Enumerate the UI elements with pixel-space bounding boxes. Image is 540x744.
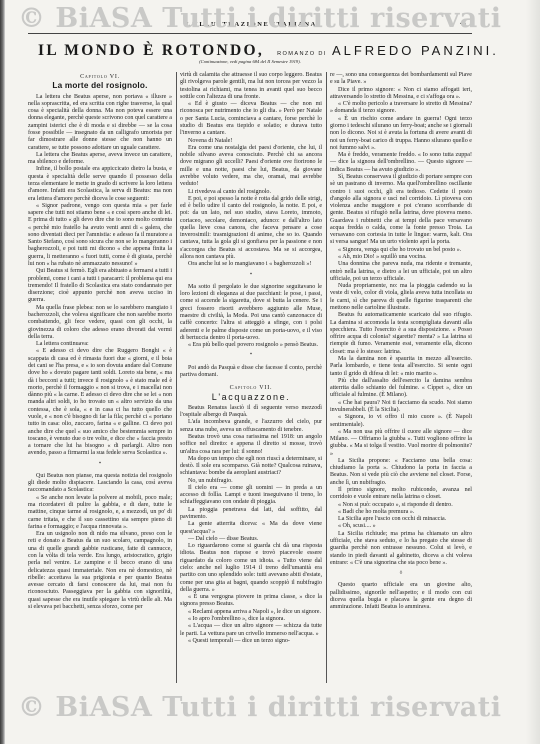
novel-title: IL MONDO È ROTONDO, (38, 42, 264, 59)
paragraph: « E adesso ci devo dire che Ruggero Bong… (28, 348, 172, 457)
section-separator: * (180, 272, 322, 279)
chapter-title: L'acquazzone. (180, 394, 322, 401)
paragraph: virtù di calamita che attraesse il suo c… (180, 72, 322, 101)
paragraph: Beatus fu automaticamente scaricato dal … (330, 312, 472, 356)
publication-title: L'ILLUSTRAZIONE ITALIANA (186, 21, 317, 28)
paragraph: « L'acqua — dice un altro signore — schi… (180, 623, 322, 638)
paragraph: « Se anche non levate la polvere ai mobi… (28, 495, 172, 531)
paragraph: L'afa incombeva grande, e l'azzurro del … (180, 419, 322, 434)
paragraph: « C'è molto pericolo a traversare lo str… (330, 101, 472, 116)
paragraph: « Signora, venga qui che ho trovato un b… (330, 247, 472, 254)
paragraph: E poi, e poi spesso la notte è rotta dal… (180, 196, 322, 262)
paragraph: Nuda propriamente, no: ma la pioggia cad… (330, 283, 472, 312)
paragraph: Novena di Natale! (180, 138, 322, 145)
paragraph: La Sicilia richiude; ma prima ha chiamat… (330, 531, 472, 567)
paragraph: La lettera continuava: (28, 341, 172, 348)
novel-author: ALFREDO PANZINI. (332, 43, 499, 58)
paragraph: Beatus trovò una cosa rarissima nel 1918… (180, 434, 322, 456)
paragraph: « Che hai paura? Noi ti facciamo da scud… (330, 400, 472, 415)
section-separator: * (28, 461, 172, 468)
section-separator: ◊ (330, 570, 472, 577)
copyright-watermark: © BiASA Tutti i diritti riservati (18, 692, 502, 723)
paragraph: « Ah, mio Dio! » squillò una vocina. (330, 254, 472, 261)
paragraph: « Oh, scusi.... » (330, 523, 472, 530)
paragraph: « Non si può: occupato », si risponde di… (330, 502, 472, 509)
paragraph: « Signora, io vi offro il mio cuore ». (… (330, 414, 472, 429)
paragraph: Più che dall'assalto dell'esercito la da… (330, 378, 472, 400)
paragraph: Qui Beatus si fermò. Egli era abituato a… (28, 268, 172, 304)
text-column-1: Capitolo VI. La morte del rosignolo. La … (28, 72, 172, 611)
paragraph: La Sicilia apre l'uscio con occhi di min… (330, 516, 472, 523)
paragraph: « Questi temporali — dice un terzo signo… (180, 638, 322, 645)
paragraph: « Ed è giusto — diceva Beatus — che non … (180, 101, 322, 137)
paragraph: Qui Beatus non pianse, ma questa notizia… (28, 473, 172, 495)
paragraph: re —, sono una conseguenza dei bombardam… (330, 72, 472, 87)
paragraph: Era un usignolo non di nido ma silvano, … (28, 531, 172, 611)
paragraph: Ma dopo un tempo che egli non riuscì a d… (180, 456, 322, 478)
novel-heading: IL MONDO È ROTONDO, ROMANZO DI ALFREDO P… (38, 40, 468, 60)
paragraph: Una donnina che pareva nuda, ma ridente … (330, 261, 472, 283)
section-separator: * (180, 352, 322, 359)
paragraph: Beatus Renatus lasciò il dì seguente ver… (180, 405, 322, 420)
paragraph: No, un nubifragio. (180, 478, 322, 485)
text-column-2: virtù di calamita che attraesse il suo c… (180, 72, 322, 645)
paragraph: La pioggia penetrava dai lati, dal soffi… (180, 507, 322, 522)
paragraph: La Sicilia propone: « Facciamo una bella… (330, 458, 472, 487)
paragraph: Sì, Beatus conservava il giudizio di por… (330, 174, 472, 247)
header-rule (28, 33, 472, 34)
paragraph: Questo quarto ufficiale era un giovine a… (330, 582, 472, 611)
chapter-title: La morte del rosignolo. (28, 82, 172, 89)
paragraph: La lettera che Beatus aperse, aveva inve… (28, 152, 172, 167)
column-divider (176, 72, 177, 683)
paragraph: Ma quella frase plebea: non se lo sarebb… (28, 305, 172, 341)
paragraph: Li rivedeva al canto del rosignolo. (180, 189, 322, 196)
paragraph: La gente atterrita diceva: « Ma da dove … (180, 521, 322, 536)
paragraph: Ma sotto il pergolato le due signorine s… (180, 284, 322, 342)
paragraph: Poi andò da Pasquà e disse che facesse i… (180, 365, 322, 380)
paragraph: « Reclami appena arriva a Napoli », le d… (180, 609, 322, 616)
continuation-note: (Continuazione, vedi pagina 684 del II S… (28, 59, 472, 64)
novel-subtitle: ROMANZO DI (277, 51, 327, 57)
paragraph: — Dal cielo — disse Beatus. (180, 536, 322, 543)
paragraph: Dice il primo signore: « Non ci siamo af… (330, 87, 472, 102)
column-divider (326, 72, 327, 683)
scan-edge-right (526, 0, 540, 744)
chapter-label: Capitolo VI. (28, 74, 172, 81)
paragraph: Ma la damina non è spaurita in mezzo all… (330, 356, 472, 378)
paragraph: « Ma non usa più offrire il cuore alle s… (330, 429, 472, 458)
paragraph: « Io apro l'ombrellino », dice la signor… (180, 616, 322, 623)
text-column-3: re —, sono una conseguenza dei bombardam… (330, 72, 472, 612)
paragraph: Infine, il bollo postale era appiccicato… (28, 166, 172, 202)
paragraph: Era come una nostalgia dei paesi d'orien… (180, 145, 322, 189)
paragraph: « Badi che ho molta premura ». (330, 509, 472, 516)
paragraph: Il cielo era — come gli uomini — in pred… (180, 485, 322, 507)
paragraph: Ora anche lui se lo mangiavano i « baghe… (180, 261, 322, 268)
paragraph: Lo riguardarono come si guarda chi dà un… (180, 543, 322, 594)
paragraph: « È una vergogna piovere in prima classe… (180, 594, 322, 609)
scan-edge (0, 0, 5, 744)
paragraph: « Signor padrone, vengo con questa mia «… (28, 203, 172, 269)
paragraph: Ma è freddo, veramente freddo. « Io sono… (330, 152, 472, 174)
paragraph: La lettera che Beatus aperse, non portav… (28, 94, 172, 152)
page-number: 45 (460, 21, 466, 27)
paragraph: « È un rischio come andare in guerra! Og… (330, 116, 472, 152)
paragraph: Il primo signore, molto rubicondo, avanz… (330, 487, 472, 502)
paragraph: « Era più bello quel povero rosignolo » … (180, 342, 322, 349)
